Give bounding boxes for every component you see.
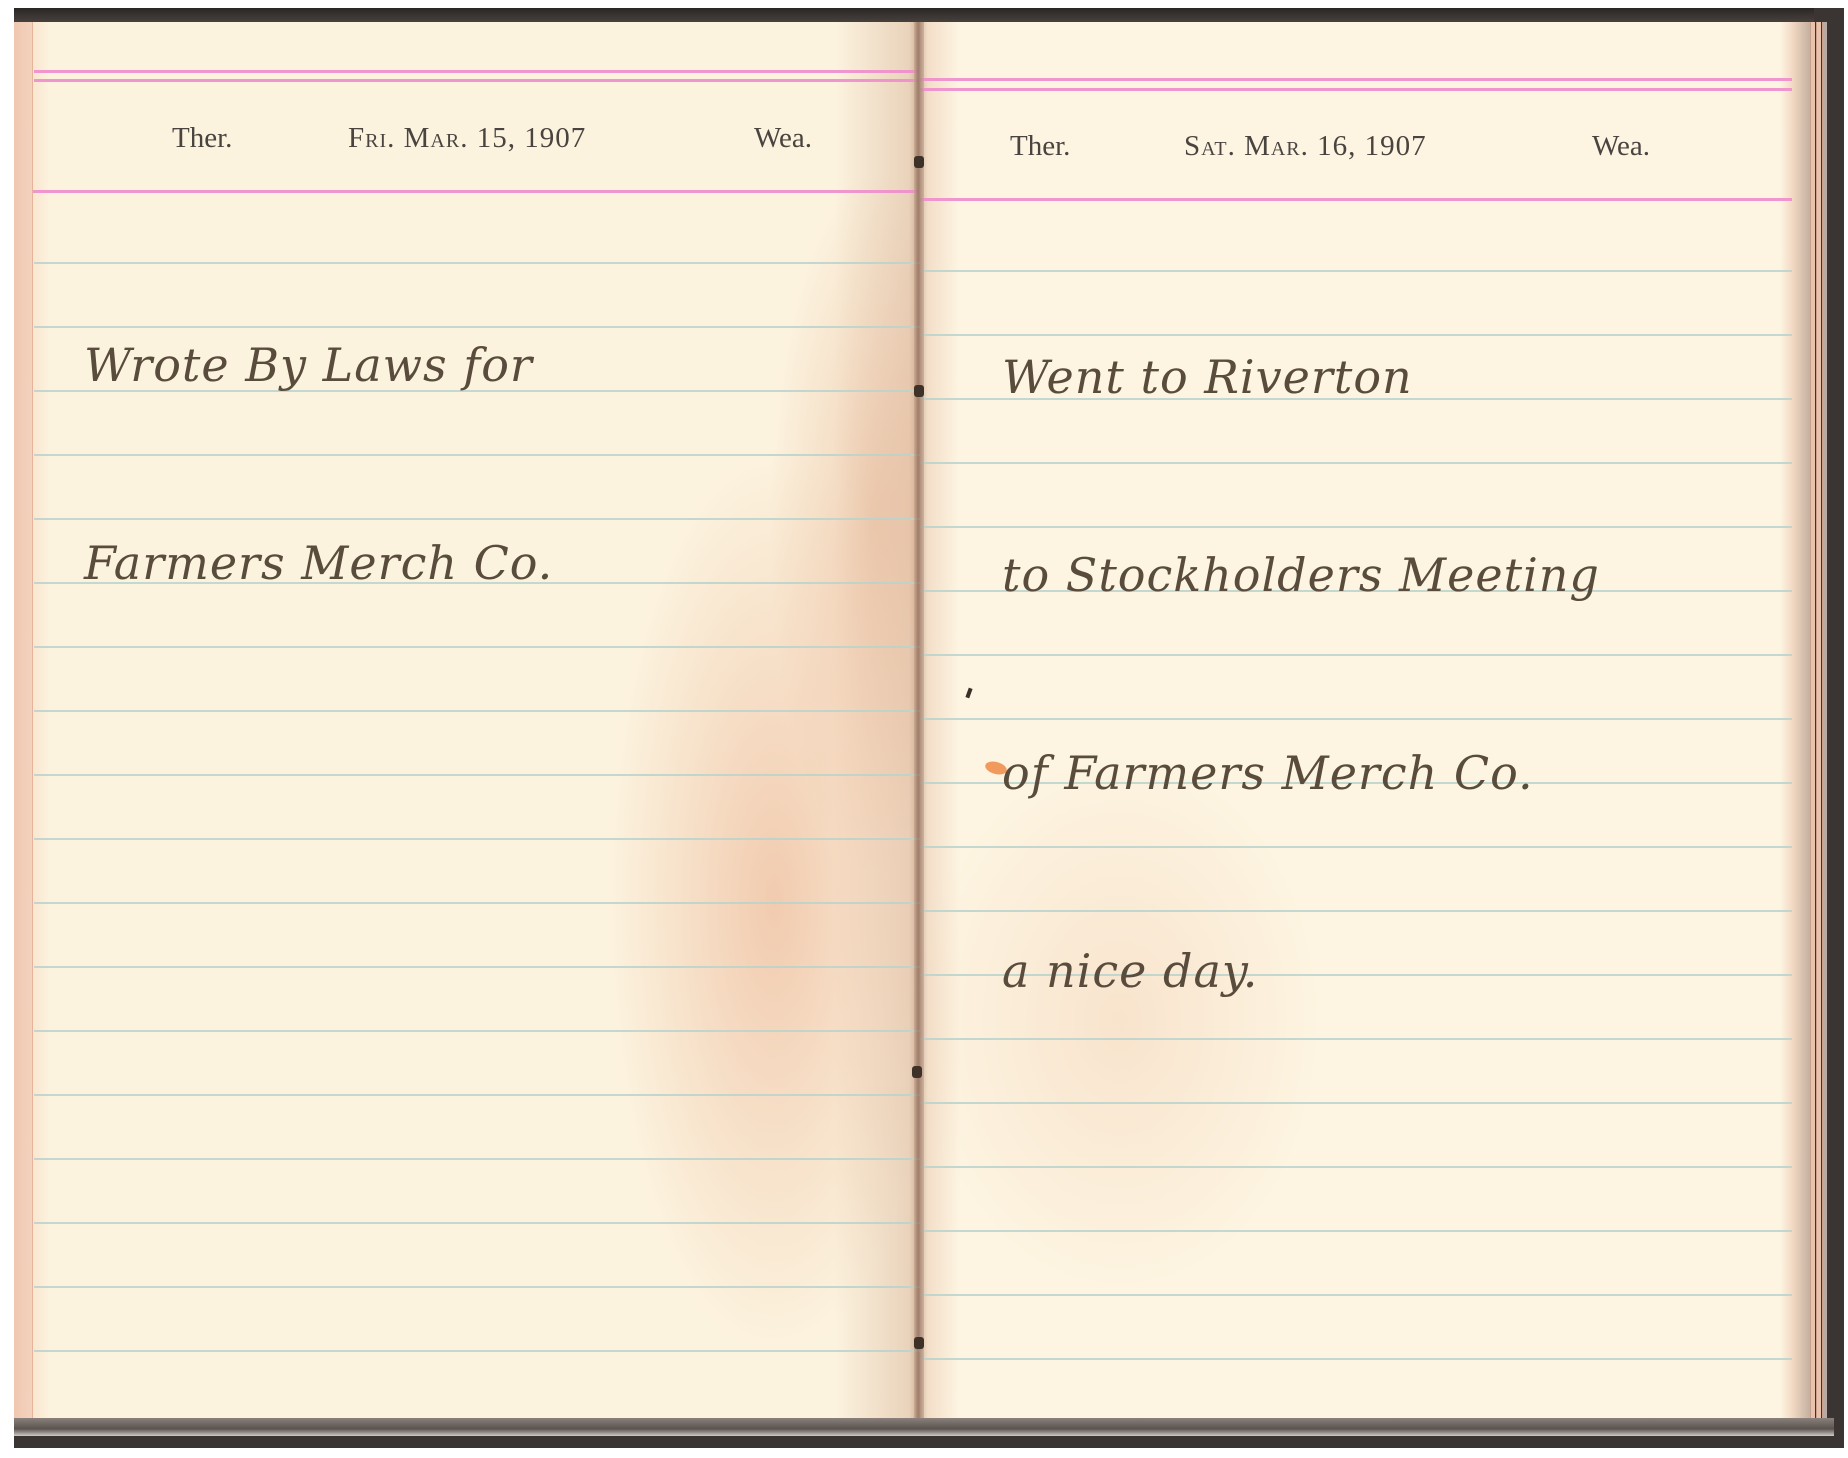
left-page: Ther. Fri. Mar. 15, 1907 Wea. Wrote By L… [14,22,920,1420]
wea-label: Wea. [754,122,812,155]
left-page-edge [14,22,33,1420]
entry-line: Wrote By Laws for [84,332,553,398]
header-top-rule [920,78,1792,81]
header-top-rule-2 [34,79,920,82]
binding-stitch [912,1066,922,1078]
header-bottom-rule [14,190,920,193]
ther-label: Ther. [172,122,232,155]
ruled-line [34,1222,920,1224]
entry-line: of Farmers Merch Co. [1002,740,1600,806]
book-bottom-edge [14,1418,1834,1436]
ruled-line [34,966,920,968]
ruled-line [920,1294,1792,1296]
right-page: Ther. Sat. Mar. 16, 1907 Wea. Went to Ri… [920,22,1810,1420]
ruled-line [34,902,920,904]
ruled-line [34,838,920,840]
header-top-rule [34,70,920,73]
ruled-line [34,774,920,776]
book-spine [914,22,924,1420]
wea-label: Wea. [1592,130,1650,163]
handwritten-entry: Wrote By Laws for Farmers Merch Co. [84,200,553,728]
ruled-line [920,1166,1792,1168]
ruled-line [920,1230,1792,1232]
page-date: Fri. Mar. 15, 1907 [348,122,586,155]
entry-line: to Stockholders Meeting [1002,542,1600,608]
ruled-line [34,1286,920,1288]
page-stack-edge [1822,22,1827,1418]
entry-line: Went to Riverton [1002,344,1600,410]
header-top-rule-2 [920,88,1792,91]
ruled-line [920,1358,1792,1360]
binding-stitch [914,385,924,397]
binding-stitch [914,1337,924,1349]
page-stack-edge [1816,22,1821,1418]
entry-line: Farmers Merch Co. [84,530,553,596]
left-page-header: Ther. Fri. Mar. 15, 1907 Wea. [14,122,920,172]
ruled-line [34,1094,920,1096]
handwritten-entry: Went to Riverton to Stockholders Meeting… [1002,212,1600,1136]
page-date: Sat. Mar. 16, 1907 [1184,130,1427,163]
ruled-line [34,1030,920,1032]
right-page-header: Ther. Sat. Mar. 16, 1907 Wea. [920,130,1810,180]
binding-stitch [914,156,924,168]
ther-label: Ther. [1010,130,1070,163]
entry-line: a nice day. [1002,938,1600,1004]
ruled-line [34,1158,920,1160]
page-stack-edge [1810,22,1815,1418]
ruled-line [34,1350,920,1352]
header-bottom-rule [920,198,1792,201]
